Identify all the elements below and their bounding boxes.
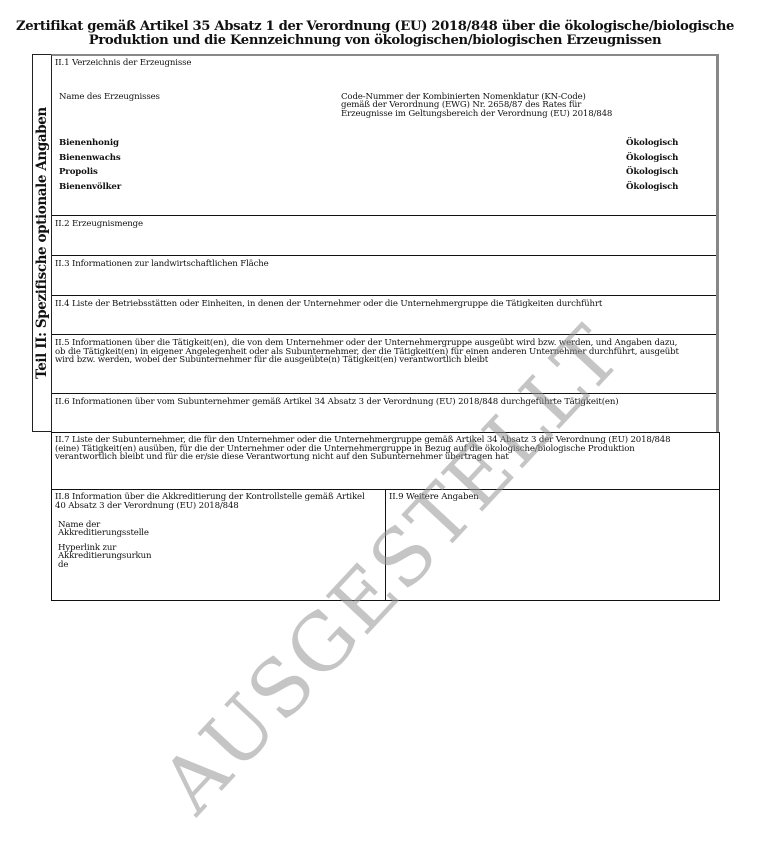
product-name: Bienenwachs [59,151,121,166]
section-ii-7-heading: II.7 Liste der Subunternehmer, die für d… [55,436,670,462]
product-status: Ökologisch [626,151,678,166]
section-ii-3-agricultural-area: II.3 Informationen zur landwirtschaftlic… [52,256,716,296]
section-ii-8-ii-9-divider [385,490,386,600]
certificate-title-line-2: Produktion und die Kennzeichnung von öko… [0,34,750,48]
section-ii-2-heading: II.2 Erzeugnismenge [55,220,143,229]
section-ii-6-subcontractor-activities: II.6 Informationen über vom Subunternehm… [52,394,716,434]
section-ii-5-activities: II.5 Informationen über die Tätigkeit(en… [52,335,716,394]
section-ii-4-premises: II.4 Liste der Betriebsstätten oder Einh… [52,296,716,335]
part-two-side-column: Teil II: Spezifische optionale Angaben [32,54,51,432]
section-ii-8-heading: II.8 Information über die Akkreditierung… [55,493,365,510]
product-name-column-header: Name des Erzeugnisses [59,93,160,102]
section-ii-4-heading: II.4 Liste der Betriebsstätten oder Einh… [55,300,602,309]
section-ii-5-heading: II.5 Informationen über die Tätigkeit(en… [55,339,679,365]
product-name: Bienenvölker [59,180,121,195]
accreditation-body-name-label: Name der Akkreditierungsstelle [58,521,149,538]
section-ii-8-ii-9-row: II.8 Information über die Akkreditierung… [52,490,719,600]
section-ii-1-product-list: II.1 Verzeichnis der Erzeugnisse Name de… [52,56,716,216]
section-ii-1-heading: II.1 Verzeichnis der Erzeugnisse [55,59,191,68]
product-status: Ökologisch [626,136,678,151]
accreditation-certificate-link-label: Hyperlink zur Akkreditierungsurkun de [58,544,151,569]
section-ii-3-heading: II.3 Informationen zur landwirtschaftlic… [55,260,269,269]
certificate-title-line-1: Zertifikat gemäß Artikel 35 Absatz 1 der… [0,20,750,34]
part-two-side-label: Teil II: Spezifische optionale Angaben [34,107,50,379]
part-two-lower-table: II.7 Liste der Subunternehmer, die für d… [51,432,720,601]
kn-code-column-header: Code-Nummer der Kombinierten Nomenklatur… [341,93,612,118]
section-ii-6-heading: II.6 Informationen über vom Subunternehm… [55,398,618,407]
section-ii-9-heading: II.9 Weitere Angaben [389,493,479,502]
product-names-list: Bienenhonig Bienenwachs Propolis Bienenv… [59,136,121,194]
product-name: Bienenhonig [59,136,121,151]
part-two-upper-table: II.1 Verzeichnis der Erzeugnisse Name de… [51,54,719,432]
certificate-title: Zertifikat gemäß Artikel 35 Absatz 1 der… [0,20,750,48]
section-ii-2-quantity: II.2 Erzeugnismenge [52,216,716,256]
section-ii-7-subcontractor-list: II.7 Liste der Subunternehmer, die für d… [52,433,719,490]
product-name: Propolis [59,165,121,180]
product-status: Ökologisch [626,180,678,195]
product-status: Ökologisch [626,165,678,180]
product-status-list: Ökologisch Ökologisch Ökologisch Ökologi… [626,136,678,194]
